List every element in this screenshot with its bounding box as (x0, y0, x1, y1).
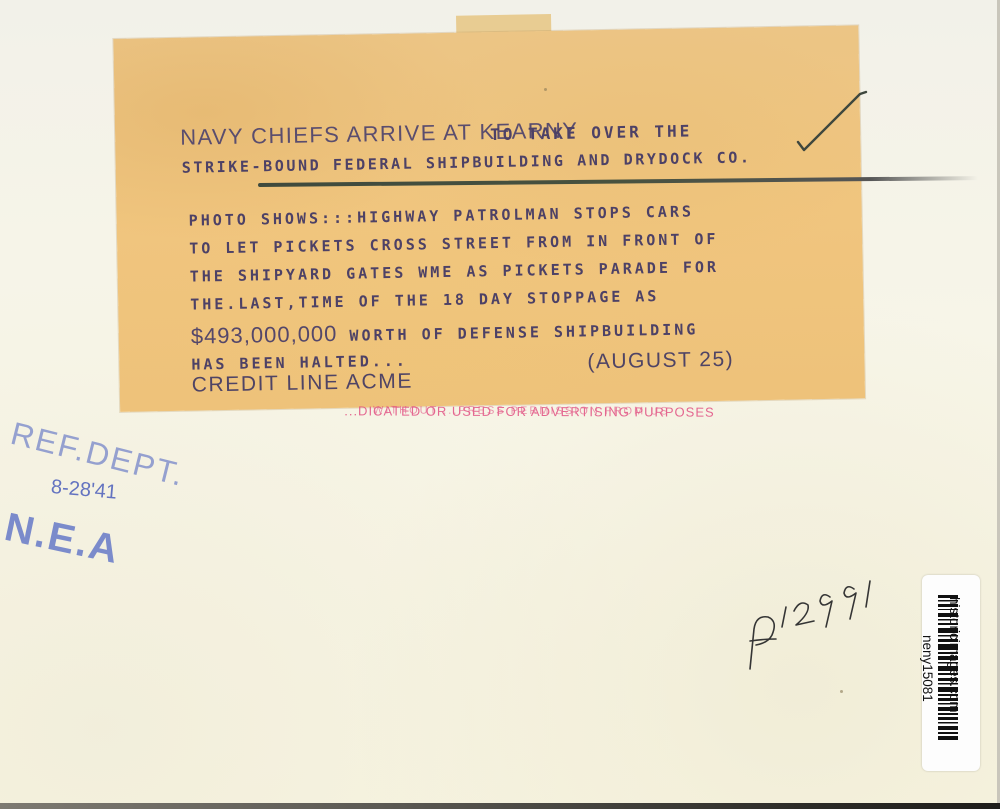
caption-date: (AUGUST 25) (587, 348, 734, 375)
barcode-sticker: historicimages.com neny15081 (922, 575, 980, 771)
headline-part2: TO TAKE OVER THE (490, 121, 692, 144)
usage-restriction-stamp: ...DICATED OR USED FOR ADVERTISING PURPO… (335, 388, 715, 434)
pencil-check-mark-icon (790, 88, 880, 158)
caption-slip: NAVY CHIEFS ARRIVE AT KEARNY TO TAKE OVE… (113, 5, 868, 412)
photo-bottom-edge (0, 803, 1000, 809)
sticker-site-label: historicimages.com (947, 597, 962, 777)
stamp-line2: WITHOUT ...PRESS PERMISSION FROM US (373, 404, 670, 417)
paper-speck (840, 690, 843, 693)
handwritten-archive-number: A12991 (742, 577, 902, 677)
amount-value: $493,000,000 (191, 321, 338, 349)
caption-body-line: WORTH OF DEFENSE SHIPBUILDING (349, 320, 698, 344)
sticker-id-label: neny15081 (920, 635, 935, 702)
paper-speck (544, 88, 547, 91)
